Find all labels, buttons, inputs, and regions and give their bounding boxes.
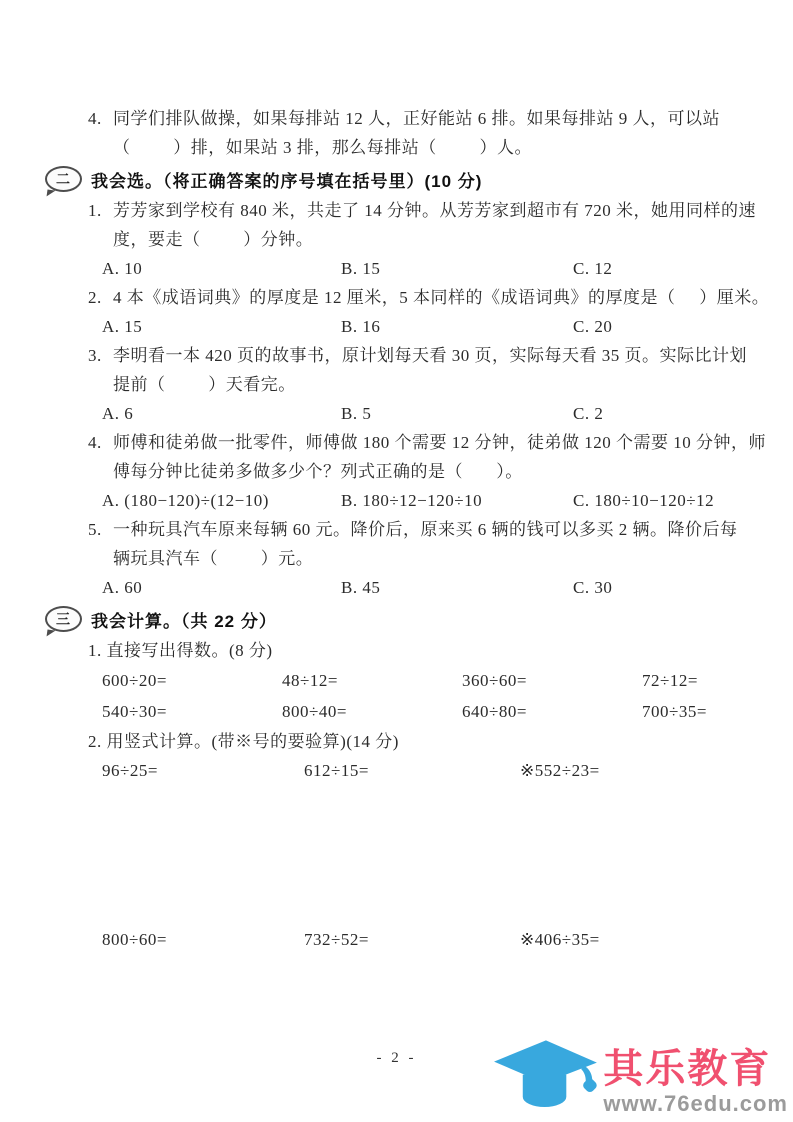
question-number: 1.: [88, 196, 113, 254]
expression: 540÷30=: [102, 696, 282, 727]
question-text-line: 师傅和徒弟做一批零件，师傅做 180 个需要 12 分钟，徒弟做 120 个需要…: [113, 428, 793, 457]
question-number: 3.: [88, 341, 113, 399]
question-number: 2.: [88, 283, 113, 312]
cap-tassel-bead: [582, 1077, 599, 1094]
question-text-line: 提前（ ）天看完。: [113, 370, 793, 399]
question-body: 师傅和徒弟做一批零件，师傅做 180 个需要 12 分钟，徒弟做 120 个需要…: [113, 428, 793, 486]
option-c: C. 2: [573, 399, 793, 428]
expression: 48÷12=: [282, 665, 462, 696]
question-s2-q4: 4. 师傅和徒弟做一批零件，师傅做 180 个需要 12 分钟，徒弟做 120 …: [0, 428, 793, 486]
options-row: A. 6 B. 5 C. 2: [0, 399, 793, 428]
question-body: 芳芳家到学校有 840 米，共走了 14 分钟。从芳芳家到超市有 720 米，她…: [113, 196, 793, 254]
section2-header: 二 我会选。（将正确答案的序号填在括号里）(10 分): [0, 164, 793, 194]
question-s2-q5: 5. 一种玩具汽车原来每辆 60 元。降价后，原来买 6 辆的钱可以多买 2 辆…: [0, 515, 793, 573]
calc-row: 96÷25= 612÷15= ※552÷23=: [0, 756, 793, 785]
option-b: B. 180÷12−120÷10: [341, 486, 573, 515]
section-number: 二: [56, 169, 71, 189]
question-text-line: （ ）排，如果站 3 排，那么每排站（ ）人。: [113, 133, 793, 162]
option-a: A. 60: [102, 573, 341, 602]
exam-content: 4. 同学们排队做操，如果每排站 12 人，正好能站 6 排。如果每排站 9 人…: [0, 104, 793, 954]
option-a: A. (180−120)÷(12−10): [102, 486, 341, 515]
question-text-line: 辆玩具汽车（ ）元。: [113, 544, 793, 573]
option-b: B. 16: [341, 312, 573, 341]
option-a: A. 15: [102, 312, 341, 341]
question-text-line: 一种玩具汽车原来每辆 60 元。降价后，原来买 6 辆的钱可以多买 2 辆。降价…: [113, 515, 793, 544]
question-text-line: 同学们排队做操，如果每排站 12 人，正好能站 6 排。如果每排站 9 人，可以…: [113, 104, 793, 133]
calc-row: 600÷20= 48÷12= 360÷60= 72÷12=: [0, 665, 793, 696]
expression: 72÷12=: [642, 665, 793, 696]
expression: 612÷15=: [304, 756, 520, 785]
question-s2-q1: 1. 芳芳家到学校有 840 米，共走了 14 分钟。从芳芳家到超市有 720 …: [0, 196, 793, 254]
section-number-badge-icon: 二: [45, 166, 82, 192]
option-b: B. 5: [341, 399, 573, 428]
expression: 96÷25=: [102, 756, 304, 785]
question-number: 5.: [88, 515, 113, 573]
question-text-line: 4 本《成语词典》的厚度是 12 厘米，5 本同样的《成语词典》的厚度是（ ）厘…: [113, 283, 793, 312]
expression: 800÷40=: [282, 696, 462, 727]
question-body: 同学们排队做操，如果每排站 12 人，正好能站 6 排。如果每排站 9 人，可以…: [113, 104, 793, 162]
expression: 800÷60=: [102, 925, 304, 954]
question-s1-q4: 4. 同学们排队做操，如果每排站 12 人，正好能站 6 排。如果每排站 9 人…: [0, 104, 793, 162]
question-body: 李明看一本 420 页的故事书，原计划每天看 30 页，实际每天看 35 页。实…: [113, 341, 793, 399]
option-b: B. 45: [341, 573, 573, 602]
question-text-line: 李明看一本 420 页的故事书，原计划每天看 30 页，实际每天看 35 页。实…: [113, 341, 793, 370]
question-body: 4 本《成语词典》的厚度是 12 厘米，5 本同样的《成语词典》的厚度是（ ）厘…: [113, 283, 793, 312]
section-title: 我会选。（将正确答案的序号填在括号里）(10 分): [91, 167, 482, 192]
expression: ※552÷23=: [520, 756, 793, 785]
option-a: A. 6: [102, 399, 341, 428]
option-c: C. 20: [573, 312, 793, 341]
section3-header: 三 我会计算。（共 22 分）: [0, 604, 793, 634]
question-number: 4.: [88, 428, 113, 486]
expression: ※406÷35=: [520, 925, 793, 954]
graduation-cap-icon: [489, 1032, 601, 1120]
options-row: A. 60 B. 45 C. 30: [0, 573, 793, 602]
section-number: 三: [56, 609, 71, 629]
option-c: C. 12: [573, 254, 793, 283]
expression: 700÷35=: [642, 696, 793, 727]
exam-page: 4. 同学们排队做操，如果每排站 12 人，正好能站 6 排。如果每排站 9 人…: [0, 0, 793, 1122]
section-number-badge-icon: 三: [45, 606, 82, 632]
calc-row: 540÷30= 800÷40= 640÷80= 700÷35=: [0, 696, 793, 727]
question-text-line: 度，要走（ ）分钟。: [113, 225, 793, 254]
options-row: A. 15 B. 16 C. 20: [0, 312, 793, 341]
option-c: C. 180÷10−120÷12: [573, 486, 793, 515]
calc-row: 800÷60= 732÷52= ※406÷35=: [0, 925, 793, 954]
question-s2-q3: 3. 李明看一本 420 页的故事书，原计划每天看 30 页，实际每天看 35 …: [0, 341, 793, 399]
part2-label: 2. 用竖式计算。(带※号的要验算)(14 分): [0, 727, 793, 756]
option-c: C. 30: [573, 573, 793, 602]
question-text-line: 傅每分钟比徒弟多做多少个？列式正确的是（ ）。: [113, 457, 793, 486]
expression: 732÷52=: [304, 925, 520, 954]
expression: 360÷60=: [462, 665, 642, 696]
part1-label: 1. 直接写出得数。(8 分): [0, 636, 793, 665]
options-row: A. 10 B. 15 C. 12: [0, 254, 793, 283]
brand-logo: 其乐教育 www.76edu.com: [489, 1032, 788, 1122]
question-s2-q2: 2. 4 本《成语词典》的厚度是 12 厘米，5 本同样的《成语词典》的厚度是（…: [0, 283, 793, 312]
question-number: 4.: [88, 104, 113, 162]
option-b: B. 15: [341, 254, 573, 283]
option-a: A. 10: [102, 254, 341, 283]
logo-name: 其乐教育: [603, 1047, 788, 1091]
logo-text: 其乐教育 www.76edu.com: [603, 1047, 788, 1122]
logo-website: www.76edu.com: [603, 1091, 788, 1116]
cap-board: [494, 1040, 597, 1083]
question-text-line: 芳芳家到学校有 840 米，共走了 14 分钟。从芳芳家到超市有 720 米，她…: [113, 196, 793, 225]
section-title: 我会计算。（共 22 分）: [91, 607, 277, 632]
options-row: A. (180−120)÷(12−10) B. 180÷12−120÷10 C.…: [0, 486, 793, 515]
question-body: 一种玩具汽车原来每辆 60 元。降价后，原来买 6 辆的钱可以多买 2 辆。降价…: [113, 515, 793, 573]
expression: 600÷20=: [102, 665, 282, 696]
expression: 640÷80=: [462, 696, 642, 727]
